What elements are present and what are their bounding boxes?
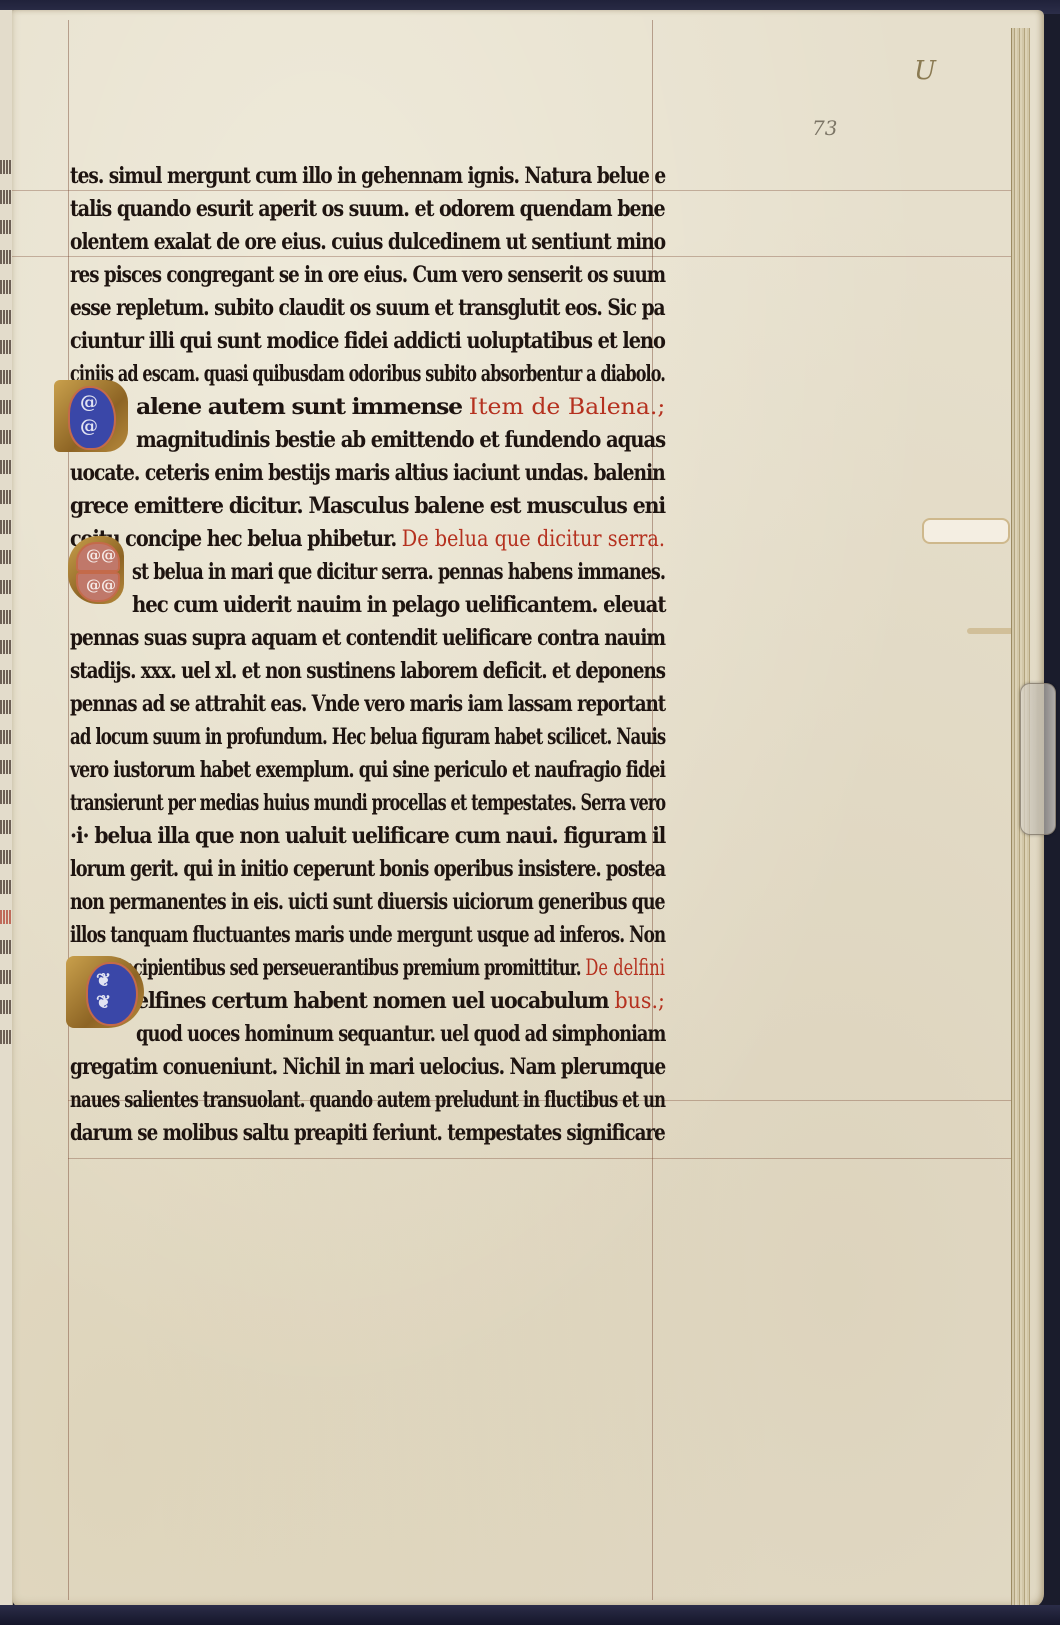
facing-text-stub [0,550,11,564]
facing-text-stub [0,460,11,474]
text-line: darum se molibus saltu preapiti feriunt.… [70,1117,665,1149]
scrollwork-icon: @@ [86,546,116,564]
facing-text-stub [0,790,11,804]
text-line: olentem exalat de ore eius. cuius dulced… [70,226,665,258]
text-line: talis quando esurit aperit os suum. et o… [70,193,665,225]
scrollwork-icon: ❦ [96,972,111,990]
book-binding-bottom [0,1605,1060,1625]
text-line: non permanentes in eis. uicti sunt diuer… [70,886,665,918]
facing-text-stub [0,310,11,324]
text-line: res pisces congregant se in ore eius. Cu… [70,259,665,291]
facing-text-stub [0,370,11,384]
facing-text-stub [0,820,11,834]
facing-text-stub [0,190,11,204]
modern-folio-number: 73 [812,116,837,140]
text-line: ad locum suum in profundum. Hec belua fi… [70,721,665,753]
text-line: alene autem sunt immense Item de Balena.… [136,391,665,423]
facing-rubric-stub [0,910,11,924]
facing-text-stub [0,730,11,744]
text-line: vero iustorum habet exemplum. qui sine p… [70,754,665,786]
text-line: grece emittere dicitur. Masculus balene … [70,490,665,522]
text-line: cinijs ad escam. quasi quibusdam odoribu… [70,358,665,390]
text-line: transierunt per medias huius mundi proce… [70,787,665,819]
ruling-line-bottom [68,1158,1018,1159]
scrollwork-icon: @@ [86,576,116,594]
text-line: magnitudinis bestie ab emittendo et fund… [136,424,665,456]
text-line: enim incipientibus sed perseuerantibus p… [70,952,665,984]
rubric-heading: Item de Balena.; [469,395,666,420]
scrollwork-icon: @ [80,394,98,412]
facing-text-stub [0,670,11,684]
facing-text-stub [0,430,11,444]
text-line: pennas suas supra aquam et contendit uel… [70,622,665,654]
text-line: tes. simul mergunt cum illo in gehennam … [70,160,665,192]
facing-text-stub [0,760,11,774]
illuminated-initial-b: @ @ [54,380,128,452]
facing-text-stub [0,1000,11,1014]
facing-text-stub [0,640,11,654]
text-line: coitu concipe hec belua phibetur. De bel… [70,523,665,555]
text-line: gregatim conueniunt. Nichil in mari uelo… [70,1051,665,1083]
text-line: elfines certum habent nomen uel uocabulu… [136,985,665,1017]
rubric-heading: bus.; [614,989,664,1014]
text-line: lorum gerit. qui in initio ceperunt boni… [70,853,665,885]
facing-text-stub [0,970,11,984]
scrollwork-icon: ❦ [96,994,111,1012]
text-line: ·i· belua illa que non ualuit uelificare… [70,820,665,852]
facing-text-stub [0,520,11,534]
facing-text-stub [0,160,11,174]
facing-text-stub [0,940,11,954]
illuminated-initial-e: @@ @@ [68,536,124,604]
facing-text-stub [0,700,11,714]
facing-text-stub [0,490,11,504]
text-line: ciuntur illi qui sunt modice fidei addic… [70,325,665,357]
facing-text-stub [0,340,11,354]
text-line: pennas ad se attrahit eas. Vnde vero mar… [70,688,665,720]
facing-text-stub [0,580,11,594]
illuminated-initial-d: ❦ ❦ [66,956,144,1028]
text-line: illos tanquam fluctuantes maris unde mer… [70,919,665,951]
text-line: hec cum uiderit nauim in pelago uelifica… [132,589,665,621]
facing-text-stub [0,880,11,894]
facing-text-stub [0,610,11,624]
text-line: uocate. ceteris enim bestijs maris altiu… [70,457,665,489]
rubric-heading: De delfini [585,956,664,981]
facing-text-stub [0,850,11,864]
facing-text-stub [0,400,11,414]
text-line: stadijs. xxx. uel xl. et non sustinens l… [70,655,665,687]
text-line: quod uoces hominum sequantur. uel quod a… [136,1018,665,1050]
facing-text-stub [0,1030,11,1044]
rubric-heading: De belua que dicitur serra. [402,527,665,552]
facing-text-stub [0,220,11,234]
text-line: naues salientes transuolant. quando aute… [70,1084,665,1116]
text-line: esse repletum. subito claudit os suum et… [70,292,665,324]
facing-text-stub [0,250,11,264]
stain-mark [922,518,1010,544]
text-line: st belua in mari que dicitur serra. penn… [132,556,665,588]
scrollwork-icon: @ [80,418,98,436]
old-folio-number: U [914,56,936,86]
book-clasp [1020,683,1056,835]
ruling-line-left [68,20,69,1600]
facing-text-stub [0,280,11,294]
